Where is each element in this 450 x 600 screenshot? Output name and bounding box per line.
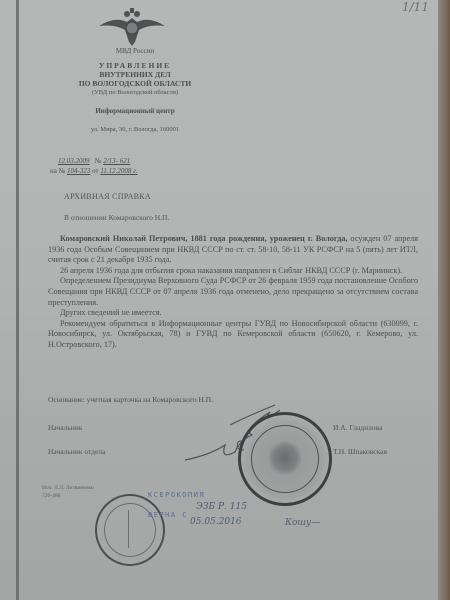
outgoing-number: 2/13- 621 bbox=[103, 157, 130, 165]
paragraph: Рекомендуем обратиться в Информационные … bbox=[48, 319, 418, 351]
department-line-2: ВНУТРЕННИХ ДЕЛ bbox=[40, 70, 230, 79]
document-subject: В отношении Комаровского Н.П. bbox=[64, 213, 169, 222]
address: ул. Мира, 30, г. Вологда, 160001 bbox=[40, 126, 230, 133]
handwritten-date: 05.05.2016 bbox=[190, 517, 242, 527]
paragraph: Определением Президиума Верховного Суда … bbox=[48, 276, 418, 308]
outgoing-reference: 12.03.2009 № 2/13- 621 bbox=[58, 157, 130, 165]
corner-handwritten-mark: 1/11 bbox=[402, 0, 429, 14]
paragraph: Комаровский Николай Петрович, 1881 года … bbox=[48, 234, 418, 266]
department-line-3: ПО ВОЛОГОДСКОЙ ОБЛАСТИ bbox=[40, 79, 230, 88]
handwritten-reference: ЭЗБ Р. 115 bbox=[196, 502, 247, 512]
executor-phone: 720-486 bbox=[42, 492, 94, 500]
double-headed-eagle-emblem-icon bbox=[97, 6, 167, 46]
incoming-reference: на № 104-323 от 11.12.2008 г. bbox=[50, 167, 137, 175]
executor-name: Исп. Л.Л. Литвиненко bbox=[42, 484, 94, 492]
page-edge-shadow bbox=[438, 0, 450, 600]
paragraph: Других сведений не имеется. bbox=[48, 308, 418, 319]
ministry-name: МВД России bbox=[40, 47, 230, 55]
signatory-name: Т.Н. Шпаковская bbox=[333, 447, 387, 456]
official-round-seal-icon bbox=[238, 412, 332, 506]
department-line-1: УПРАВЛЕНИЕ bbox=[40, 61, 230, 70]
signatory-name: И.А. Гладилова bbox=[333, 423, 382, 432]
incoming-date: 11.12.2008 г. bbox=[100, 167, 137, 175]
outgoing-date: 12.03.2009 bbox=[58, 157, 90, 165]
incoming-from: от bbox=[92, 167, 98, 175]
document-body: Комаровский Николай Петрович, 1881 года … bbox=[48, 234, 418, 351]
incoming-prefix: на № bbox=[50, 167, 65, 175]
outgoing-number-prefix: № bbox=[95, 157, 102, 165]
executor-info: Исп. Л.Л. Литвиненко 720-486 bbox=[42, 484, 94, 500]
document-title: АРХИВНАЯ СПРАВКА bbox=[64, 192, 151, 201]
incoming-number: 104-323 bbox=[67, 167, 90, 175]
seal-coat-of-arms bbox=[269, 441, 301, 475]
handwritten-signature: Кошу— bbox=[285, 518, 320, 528]
signatory-position: Начальник bbox=[48, 423, 82, 432]
unit-name: Информационный центр bbox=[40, 107, 230, 115]
letterhead: МВД России УПРАВЛЕНИЕ ВНУТРЕННИХ ДЕЛ ПО … bbox=[40, 45, 230, 133]
paragraph: 26 апреля 1936 года для отбытия срока на… bbox=[48, 266, 418, 277]
department-short-name: (УВД по Вологодской области) bbox=[40, 88, 230, 97]
fold-line bbox=[16, 0, 19, 600]
signatory-position: Начальник отдела bbox=[48, 447, 105, 456]
seal-center-mark bbox=[128, 510, 129, 548]
archival-certificate-page: 1/11 МВД России УПРАВЛЕНИЕ ВНУТРЕННИХ ДЕ… bbox=[0, 0, 450, 600]
